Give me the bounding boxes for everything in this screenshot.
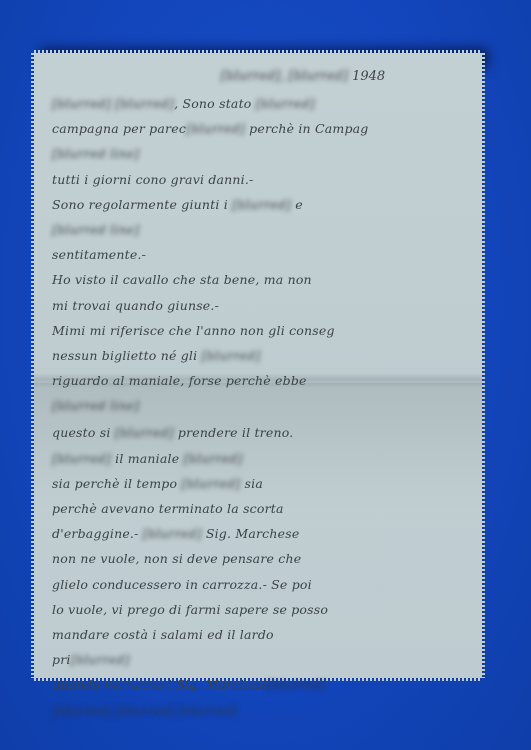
- letter-line: [blurred line]: [52, 393, 468, 418]
- handwritten-text: mandare costà i salami ed il lardo: [52, 627, 274, 642]
- letter-line: perchè avevano terminato la scorta: [52, 496, 468, 521]
- handwritten-text: pri: [52, 652, 71, 667]
- handwritten-text: questo si: [52, 425, 115, 440]
- handwritten-text: e: [291, 197, 303, 212]
- redacted-text: [blurred]: [186, 116, 245, 141]
- redacted-text: [blurred] [blurred]: [52, 91, 174, 116]
- redacted-text: [blurred line]: [52, 217, 139, 242]
- letter-line: sentitamente.-: [52, 242, 468, 267]
- date-line: [blurred], [blurred] 1948: [34, 69, 482, 84]
- letter-line: Sono regolarmente giunti i [blurred] e: [52, 192, 468, 217]
- handwritten-text: Ho visto il cavallo che sta bene, ma non: [52, 272, 312, 287]
- letter-line: [blurred line]: [52, 217, 468, 242]
- redacted-text: [blurred]: [52, 446, 111, 471]
- handwritten-text: perchè avevano terminato la scorta: [52, 501, 284, 516]
- letter-line: [blurred] [blurred], Sono stato [blurred…: [52, 91, 468, 116]
- handwritten-text: Sono regolarmente giunti i: [52, 197, 232, 212]
- letter-line: non ne vuole, non si deve pensare che: [52, 546, 468, 571]
- handwritten-text: sia: [240, 476, 263, 491]
- letter-line: glielo conducessero in carrozza.- Se poi: [52, 572, 468, 597]
- redacted-text: [blurred]: [266, 672, 325, 697]
- redacted-text: [blurred line]: [52, 393, 139, 418]
- handwritten-text: , Sono stato: [174, 96, 256, 111]
- letter-line: [blurred line]: [52, 141, 468, 166]
- letter-line: sia perchè il tempo [blurred] sia: [52, 471, 468, 496]
- redacted-place-date: [blurred], [blurred]: [221, 69, 348, 84]
- letter-line: [blurred] [blurred] [blurred]: [52, 698, 468, 723]
- redacted-text: [blurred line]: [52, 141, 139, 166]
- handwritten-text: prendere il treno.: [174, 425, 294, 440]
- letter-body: [blurred] [blurred], Sono stato [blurred…: [52, 91, 468, 721]
- redacted-text: [blurred] [blurred] [blurred]: [52, 698, 237, 723]
- handwritten-text: il maniale: [111, 451, 184, 466]
- letter-line: quando verranno i Sig. Marchesi[blurred]: [52, 672, 468, 697]
- handwritten-text: riguardo al maniale, forse perchè ebbe: [52, 373, 307, 388]
- letter-line: [blurred] il maniale [blurred]: [52, 446, 468, 471]
- handwritten-text: Sig. Marchese: [202, 526, 300, 541]
- handwritten-text: mi trovai quando giunse.-: [52, 298, 219, 313]
- handwritten-text: perchè in Campag: [245, 121, 369, 136]
- handwritten-text: quando verranno i Sig. Marchesi: [52, 677, 266, 692]
- handwritten-text: tutti i giorni cono gravi danni.-: [52, 172, 253, 187]
- redacted-text: [blurred]: [181, 471, 240, 496]
- date-year: 1948: [352, 69, 385, 84]
- letter-card: [blurred], [blurred] 1948 [blurred] [blu…: [34, 53, 482, 678]
- perforated-edge-top: [34, 50, 482, 53]
- redacted-text: [blurred]: [71, 647, 130, 672]
- redacted-text: [blurred]: [115, 420, 174, 445]
- redacted-text: [blurred]: [201, 343, 260, 368]
- redacted-text: [blurred]: [184, 446, 243, 471]
- letter-line: mandare costà i salami ed il lardo: [52, 622, 468, 647]
- letter-line: pri[blurred]: [52, 647, 468, 672]
- handwritten-text: Mimi mi riferisce che l'anno non gli con…: [52, 323, 335, 338]
- redacted-text: [blurred]: [256, 91, 315, 116]
- letter-line: tutti i giorni cono gravi danni.-: [52, 167, 468, 192]
- handwritten-text: non ne vuole, non si deve pensare che: [52, 551, 301, 566]
- handwritten-text: campagna per parec: [52, 121, 186, 136]
- letter-line: mi trovai quando giunse.-: [52, 293, 468, 318]
- handwritten-text: glielo conducessero in carrozza.- Se poi: [52, 577, 312, 592]
- handwritten-text: d'erbaggine.-: [52, 526, 143, 541]
- handwritten-text: lo vuole, vi prego di farmi sapere se po…: [52, 602, 328, 617]
- letter-line: campagna per parec[blurred] perchè in Ca…: [52, 116, 468, 141]
- letter-line: Ho visto il cavallo che sta bene, ma non: [52, 267, 468, 292]
- redacted-text: [blurred]: [143, 521, 202, 546]
- letter-line: d'erbaggine.- [blurred] Sig. Marchese: [52, 521, 468, 546]
- handwritten-text: sentitamente.-: [52, 247, 146, 262]
- letter-line: questo si [blurred] prendere il treno.: [52, 420, 468, 445]
- handwritten-text: nessun biglietto né gli: [52, 348, 201, 363]
- handwritten-text: sia perchè il tempo: [52, 476, 181, 491]
- redacted-text: [blurred]: [232, 192, 291, 217]
- letter-line: Mimi mi riferisce che l'anno non gli con…: [52, 318, 468, 343]
- letter-line: riguardo al maniale, forse perchè ebbe: [52, 368, 468, 393]
- letter-line: nessun biglietto né gli [blurred]: [52, 343, 468, 368]
- letter-line: lo vuole, vi prego di farmi sapere se po…: [52, 597, 468, 622]
